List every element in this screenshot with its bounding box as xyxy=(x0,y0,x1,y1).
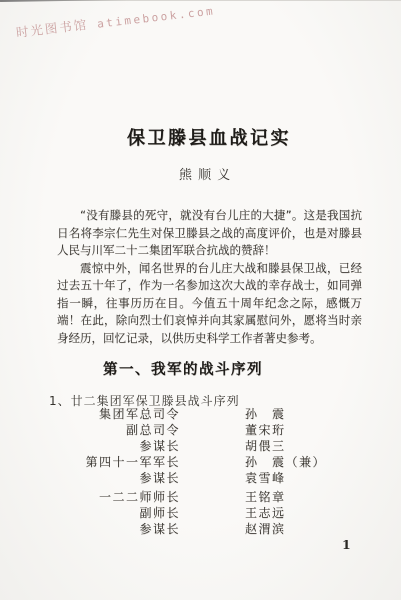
watermark-library-name: 时光图书馆 xyxy=(15,17,89,40)
roster-name: 袁雪峰 xyxy=(245,470,286,486)
watermark-site-url: atimebook.com xyxy=(96,4,215,30)
roster-row: 副总司令 董宋珩 xyxy=(40,422,326,438)
roster-name: 王铭章 xyxy=(245,489,286,505)
roster-list: 集团军总司令 孙 震 副总司令 董宋珩 参谋长 胡偎三 第四十一军军长 孙 震（… xyxy=(40,406,326,537)
roster-post: 副总司令 xyxy=(40,422,180,438)
roster-post: 副师长 xyxy=(40,505,180,521)
roster-name: 胡偎三 xyxy=(245,438,286,454)
roster-name: 赵渭滨 xyxy=(245,521,286,537)
roster-row: 集团军总司令 孙 震 xyxy=(40,406,326,422)
roster-row: 副师长 王志远 xyxy=(40,505,326,521)
watermark: 时光图书馆atimebook.com xyxy=(15,0,216,41)
paragraph-2: 震惊中外，闻名世界的台儿庄大战和滕县保卫战，已经过去五十年了，作为一名参加这次大… xyxy=(57,260,362,348)
section-heading: 第一、我军的战斗序列 xyxy=(103,358,263,379)
roster-name: 孙 震 xyxy=(245,406,286,422)
roster-row: 参谋长 胡偎三 xyxy=(40,438,326,454)
article-author: 熊 顺 义 xyxy=(179,164,231,183)
roster-post: 第四十一军军长 xyxy=(40,454,180,470)
paragraph-1: “没有滕县的死守，就没有台儿庄的大捷”。这是我国抗日名将李宗仁先生对保卫滕县之战… xyxy=(57,207,362,260)
article-body: “没有滕县的死守，就没有台儿庄的大捷”。这是我国抗日名将李宗仁先生对保卫滕县之战… xyxy=(57,207,362,347)
roster-name: 董宋珩 xyxy=(245,422,286,438)
scanned-document-page: 时光图书馆atimebook.com 保卫滕县血战记实 熊 顺 义 “没有滕县的… xyxy=(0,0,401,600)
roster-post: 参谋长 xyxy=(40,521,180,537)
roster-post: 参谋长 xyxy=(40,438,180,454)
roster-row: 参谋长 赵渭滨 xyxy=(40,521,326,537)
roster-row: 第四十一军军长 孙 震（兼） xyxy=(40,454,326,470)
roster-row: 一二二师师长 王铭章 xyxy=(40,489,326,505)
roster-post: 参谋长 xyxy=(40,470,180,486)
roster-post: 一二二师师长 xyxy=(40,489,180,505)
article-title: 保卫滕县血战记实 xyxy=(127,124,291,150)
roster-post: 集团军总司令 xyxy=(40,406,180,422)
page-number: 1 xyxy=(342,537,351,552)
roster-name: 孙 震（兼） xyxy=(245,454,326,470)
roster-name: 王志远 xyxy=(245,505,286,521)
roster-row: 参谋长 袁雪峰 xyxy=(40,470,326,486)
